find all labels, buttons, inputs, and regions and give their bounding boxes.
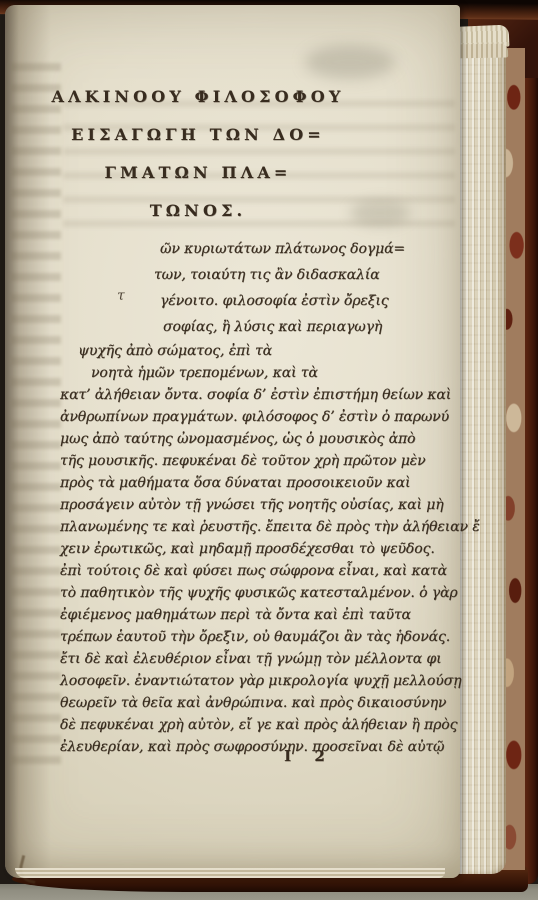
text-line: δὲ πεφυκέναι χρὴ αὐτὸν, εἴ γε καὶ πρὸς ἀ… bbox=[60, 714, 472, 736]
text-line: τρέπων ἑαυτοῦ τὴν ὄρεξιν, οὐ θαυμάζοι ἂν… bbox=[60, 626, 472, 648]
title-line: ΓΜΑΤΩΝ ΠΛΑ= bbox=[33, 161, 363, 199]
text-line: ἐφιέμενος μαθημάτων περὶ τὰ ὄντα καὶ ἐπὶ… bbox=[60, 604, 472, 626]
title-line: ΕΙΣΑΓΩΓΗ ΤΩΝ ΔΟ= bbox=[33, 123, 363, 161]
title-block: ΑΛΚΙΝΟΟΥ ΦΙΛΟΣΟΦΟΥΕΙΣΑΓΩΓΗ ΤΩΝ ΔΟ=ΓΜΑΤΩΝ… bbox=[33, 85, 363, 237]
text-line: γένοιτο. φιλοσοφία ἐστὶν ὄρεξις bbox=[160, 288, 472, 314]
body-text: ῶν κυριωτάτων πλάτωνος δογμά=των, τοιαύτ… bbox=[60, 236, 472, 758]
text-line: των, τοιαύτη τις ἂν διδασκαλία bbox=[154, 262, 472, 288]
text-line: χειν ἐρωτικῶς, καὶ μηδαμῇ προσδέχεσθαι τ… bbox=[60, 538, 472, 560]
text-line: πλανωμένης τε καὶ ῥευστῆς. ἔπειτα δὲ πρὸ… bbox=[60, 516, 472, 538]
page-bottom-leaf-edges bbox=[15, 868, 445, 878]
text-line: τῆς μουσικῆς. πεφυκέναι δὲ τοῦτον χρὴ πρ… bbox=[60, 450, 472, 472]
text-line: ψυχῆς ἀπὸ σώματος, ἐπὶ τὰ bbox=[78, 340, 472, 362]
book-page: ΑΛΚΙΝΟΟΥ ΦΙΛΟΣΟΦΟΥΕΙΣΑΓΩΓΗ ΤΩΝ ΔΟ=ΓΜΑΤΩΝ… bbox=[5, 5, 460, 878]
text-line: πρὸς τὰ μαθήματα ὅσα δύναται προσοικειοῦ… bbox=[60, 472, 472, 494]
text-line: νοητὰ ἡμῶν τρεπομένων, καὶ τὰ bbox=[91, 362, 472, 384]
text-line: ἔτι δὲ καὶ ἐλευθέριον εἶναι τῇ γνώμῃ τὸν… bbox=[60, 648, 472, 670]
text-line: λοσοφεῖν. ἐναντιώτατον γὰρ μικρολογία ψυ… bbox=[60, 670, 472, 692]
title-line: ΤΩΝΟΣ. bbox=[33, 199, 363, 237]
text-line: σοφίας, ἢ λύσις καὶ περιαγωγὴ bbox=[163, 314, 472, 340]
text-line: θεωρεῖν τὰ θεῖα καὶ ἀνθρώπινα. καὶ πρὸς … bbox=[60, 692, 472, 714]
text-line: ῶν κυριωτάτων πλάτωνος δογμά= bbox=[160, 236, 472, 262]
text-line: μως ἀπὸ ταύτης ὠνομασμένος, ὡς ὁ μουσικὸ… bbox=[60, 428, 472, 450]
quire-signature-mark: I 2 bbox=[185, 747, 425, 765]
text-line: κατ’ ἀλήθειαν ὄντα. σοφία δ’ ἐστὶν ἐπιστ… bbox=[60, 384, 472, 406]
text-line: προσάγειν αὐτὸν τῇ γνώσει τῆς νοητῆς οὐσ… bbox=[60, 494, 472, 516]
text-line: τὸ παθητικὸν τῆς ψυχῆς φυσικῶς κατεσταλμ… bbox=[60, 582, 472, 604]
text-line: ἐπὶ τούτοις δὲ καὶ φύσει πως σώφρονα εἶν… bbox=[60, 560, 472, 582]
book-photograph: ΑΛΚΙΝΟΟΥ ΦΙΛΟΣΟΦΟΥΕΙΣΑΓΩΓΗ ΤΩΝ ΔΟ=ΓΜΑΤΩΝ… bbox=[0, 0, 538, 900]
text-line: ἀνθρωπίνων πραγμάτων. φιλόσοφος δ’ ἐστὶν… bbox=[60, 406, 472, 428]
title-line: ΑΛΚΙΝΟΟΥ ΦΙΛΟΣΟΦΟΥ bbox=[33, 85, 363, 123]
paper-stain bbox=[305, 45, 395, 79]
